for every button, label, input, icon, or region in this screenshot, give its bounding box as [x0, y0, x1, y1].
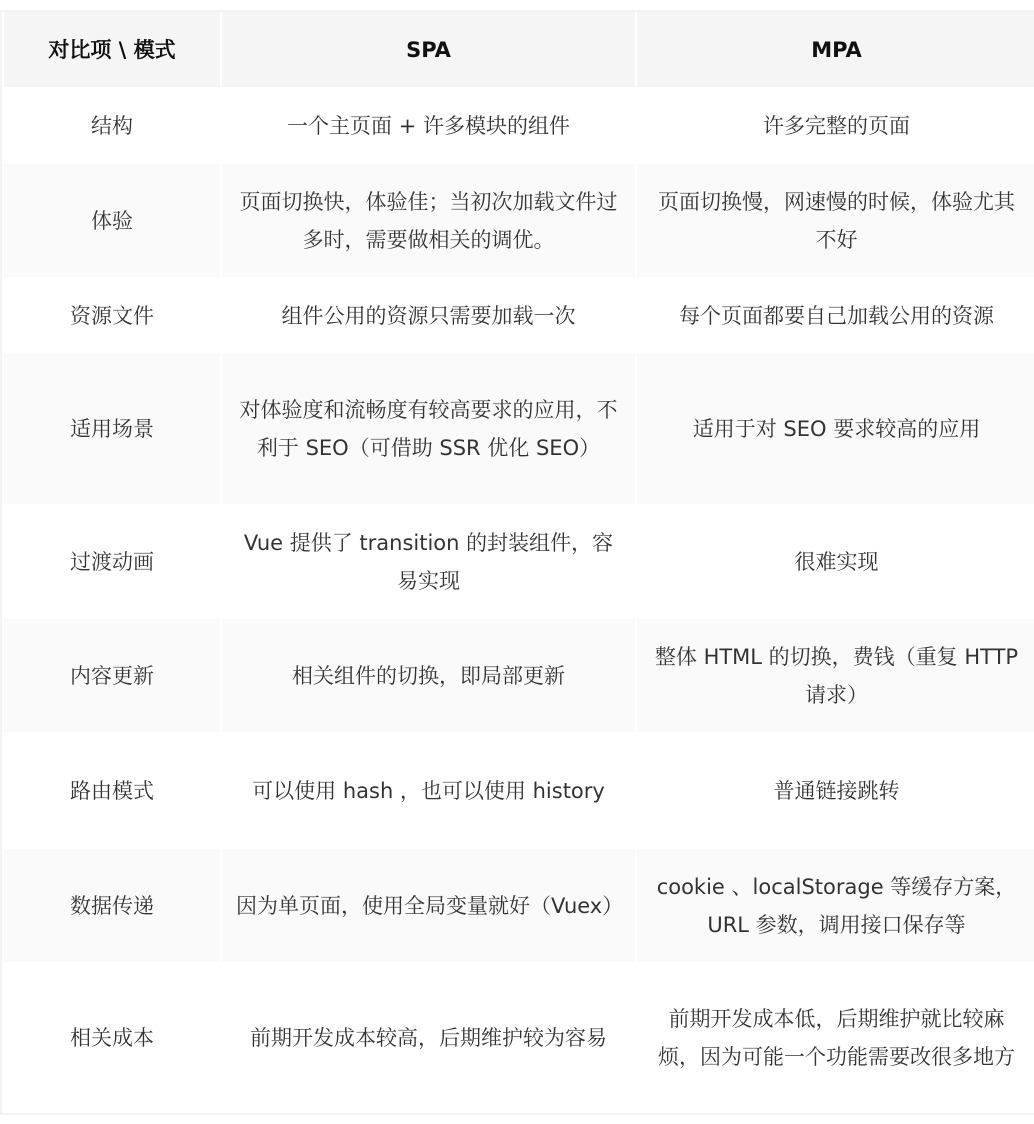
spa-cell: 因为单页面，使用全局变量就好（Vuex）	[222, 849, 635, 962]
table-row: 适用场景 对体验度和流畅度有较高要求的应用，不利于 SEO（可借助 SSR 优化…	[4, 354, 1034, 504]
table-row: 数据传递 因为单页面，使用全局变量就好（Vuex） cookie 、localS…	[4, 849, 1034, 962]
mpa-cell: cookie 、localStorage 等缓存方案，URL 参数，调用接口保存…	[637, 849, 1034, 962]
spa-cell: 前期开发成本较高，后期维护较为容易	[222, 962, 635, 1113]
table-row: 相关成本 前期开发成本较高，后期维护较为容易 前期开发成本低，后期维护就比较麻烦…	[4, 962, 1034, 1113]
mpa-cell: 适用于对 SEO 要求较高的应用	[637, 354, 1034, 504]
header-mpa: MPA	[637, 12, 1034, 87]
row-label: 过渡动画	[4, 504, 220, 619]
row-label: 路由模式	[4, 732, 220, 849]
mpa-cell: 每个页面都要自己加载公用的资源	[637, 277, 1034, 354]
header-comparison-item: 对比项 \ 模式	[4, 12, 220, 87]
mpa-cell: 页面切换慢，网速慢的时候，体验尤其不好	[637, 164, 1034, 277]
row-label: 结构	[4, 87, 220, 164]
table-row: 过渡动画 Vue 提供了 transition 的封装组件，容易实现 很难实现	[4, 504, 1034, 619]
mpa-cell: 很难实现	[637, 504, 1034, 619]
mpa-cell: 普通链接跳转	[637, 732, 1034, 849]
table-row: 资源文件 组件公用的资源只需要加载一次 每个页面都要自己加载公用的资源	[4, 277, 1034, 354]
mpa-cell: 许多完整的页面	[637, 87, 1034, 164]
table-row: 体验 页面切换快，体验佳；当初次加载文件过多时，需要做相关的调优。 页面切换慢，…	[4, 164, 1034, 277]
row-label: 数据传递	[4, 849, 220, 962]
table-row: 内容更新 相关组件的切换，即局部更新 整体 HTML 的切换，费钱（重复 HTT…	[4, 619, 1034, 732]
table-header-row: 对比项 \ 模式 SPA MPA	[4, 12, 1034, 87]
mpa-cell: 前期开发成本低，后期维护就比较麻烦，因为可能一个功能需要改很多地方	[637, 962, 1034, 1113]
row-label: 体验	[4, 164, 220, 277]
row-label: 适用场景	[4, 354, 220, 504]
spa-cell: 页面切换快，体验佳；当初次加载文件过多时，需要做相关的调优。	[222, 164, 635, 277]
table-row: 结构 一个主页面 + 许多模块的组件 许多完整的页面	[4, 87, 1034, 164]
row-label: 资源文件	[4, 277, 220, 354]
row-label: 相关成本	[4, 962, 220, 1113]
spa-vs-mpa-table: 对比项 \ 模式 SPA MPA 结构 一个主页面 + 许多模块的组件 许多完整…	[2, 12, 1034, 1113]
spa-cell: Vue 提供了 transition 的封装组件，容易实现	[222, 504, 635, 619]
spa-cell: 组件公用的资源只需要加载一次	[222, 277, 635, 354]
spa-cell: 一个主页面 + 许多模块的组件	[222, 87, 635, 164]
spa-cell: 可以使用 hash ，也可以使用 history	[222, 732, 635, 849]
table-row: 路由模式 可以使用 hash ，也可以使用 history 普通链接跳转	[4, 732, 1034, 849]
comparison-table-container: 对比项 \ 模式 SPA MPA 结构 一个主页面 + 许多模块的组件 许多完整…	[0, 10, 1034, 1115]
mpa-cell: 整体 HTML 的切换，费钱（重复 HTTP 请求）	[637, 619, 1034, 732]
spa-cell: 对体验度和流畅度有较高要求的应用，不利于 SEO（可借助 SSR 优化 SEO）	[222, 354, 635, 504]
header-spa: SPA	[222, 12, 635, 87]
spa-cell: 相关组件的切换，即局部更新	[222, 619, 635, 732]
row-label: 内容更新	[4, 619, 220, 732]
